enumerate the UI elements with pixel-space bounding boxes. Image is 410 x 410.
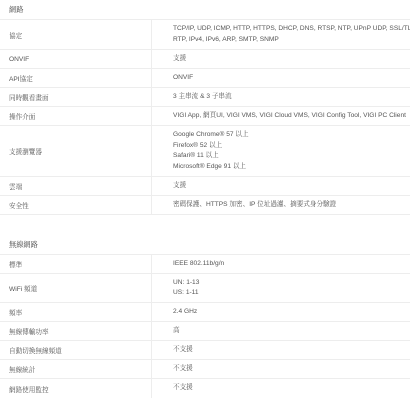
network-spec-table: 協定 TCP/IP, UDP, ICMP, HTTP, HTTPS, DHCP,… [0,20,410,215]
spec-value: IEEE 802.11b/g/n [152,255,410,273]
spec-row-protocol: 協定 TCP/IP, UDP, ICMP, HTTP, HTTPS, DHCP,… [0,20,410,50]
spec-value: 高 [152,322,410,340]
spec-key: 協定 [0,20,152,49]
spec-row-wifi-channel: WiFi 頻道 UN: 1-13 US: 1-11 [0,274,410,303]
spec-key: 無線傳輸功率 [0,322,152,340]
spec-key: 頻率 [0,303,152,321]
spec-value-line: 2.4 GHz [173,307,410,318]
spec-value-line: 支援 [173,54,410,65]
spec-key: 雲端 [0,177,152,195]
spec-value-line: 不支援 [173,383,410,394]
spec-key: 同時觀看畫面 [0,88,152,106]
spec-row-security: 安全性 密碼保護、HTTPS 加密、IP 位址過濾、摘要式身分驗證 [0,196,410,215]
spec-value-line: 支援 [173,181,410,192]
spec-value-line: ONVIF [173,73,410,84]
spec-value-line: Safari® 11 以上 [173,151,410,162]
spec-value: 不支援 [152,379,410,398]
spec-key: 無線統計 [0,360,152,378]
spec-row-network-monitoring: 網路使用監控 不支援 [0,379,410,398]
spec-value-line: RTP, IPv4, IPv6, ARP, SMTP, SNMP [173,35,410,46]
spec-value: 不支援 [152,341,410,359]
spec-row-cloud: 雲端 支援 [0,177,410,196]
spec-value-line: 不支援 [173,364,410,375]
spec-key: 標準 [0,255,152,273]
wireless-section: 無線網路 標準 IEEE 802.11b/g/n WiFi 頻道 UN: 1-1… [0,235,410,398]
spec-value: 3 主串流 & 3 子串流 [152,88,410,106]
spec-value-line: Google Chrome® 57 以上 [173,130,410,141]
spec-value: ONVIF [152,69,410,87]
spec-value-line: Firefox® 52 以上 [173,141,410,152]
spec-value-line: IEEE 802.11b/g/n [173,259,410,270]
wireless-spec-table: 標準 IEEE 802.11b/g/n WiFi 頻道 UN: 1-13 US:… [0,255,410,398]
spec-row-api-protocol: API協定 ONVIF [0,69,410,88]
section-title-wireless: 無線網路 [0,235,410,255]
spec-value: 不支援 [152,360,410,378]
spec-value: UN: 1-13 US: 1-11 [152,274,410,302]
spec-value-line: 密碼保護、HTTPS 加密、IP 位址過濾、摘要式身分驗證 [173,200,410,211]
spec-value: Google Chrome® 57 以上 Firefox® 52 以上 Safa… [152,126,410,176]
spec-row-onvif: ONVIF 支援 [0,50,410,69]
spec-key: 自動切換無線頻道 [0,341,152,359]
spec-value: 2.4 GHz [152,303,410,321]
spec-value-line: TCP/IP, UDP, ICMP, HTTP, HTTPS, DHCP, DN… [173,24,410,35]
section-gap [0,215,410,235]
spec-row-simultaneous-view: 同時觀看畫面 3 主串流 & 3 子串流 [0,88,410,107]
spec-value-line: Microsoft® Edge 91 以上 [173,162,410,173]
spec-key: 操作介面 [0,107,152,125]
spec-key: ONVIF [0,50,152,68]
spec-row-browsers: 支援瀏覽器 Google Chrome® 57 以上 Firefox® 52 以… [0,126,410,177]
section-title-network: 網路 [0,0,410,20]
spec-value: 支援 [152,177,410,195]
spec-key: 安全性 [0,196,152,214]
spec-value-line: UN: 1-13 [173,278,410,289]
spec-key: 網路使用監控 [0,379,152,398]
network-section: 網路 協定 TCP/IP, UDP, ICMP, HTTP, HTTPS, DH… [0,0,410,215]
spec-value-line: 不支援 [173,345,410,356]
spec-value: VIGI App, 網頁UI, VIGI VMS, VIGI Cloud VMS… [152,107,410,125]
spec-value: TCP/IP, UDP, ICMP, HTTP, HTTPS, DHCP, DN… [152,20,410,49]
spec-value: 密碼保護、HTTPS 加密、IP 位址過濾、摘要式身分驗證 [152,196,410,214]
spec-value-line: 高 [173,326,410,337]
spec-row-wireless-stats: 無線統計 不支援 [0,360,410,379]
spec-value-line: US: 1-11 [173,288,410,299]
spec-key: WiFi 頻道 [0,274,152,302]
spec-row-transmit-power: 無線傳輸功率 高 [0,322,410,341]
spec-value-line: VIGI App, 網頁UI, VIGI VMS, VIGI Cloud VMS… [173,111,410,122]
spec-row-standard: 標準 IEEE 802.11b/g/n [0,255,410,274]
spec-row-frequency: 頻率 2.4 GHz [0,303,410,322]
spec-value: 支援 [152,50,410,68]
spec-value-line: 3 主串流 & 3 子串流 [173,92,410,103]
spec-row-auto-channel: 自動切換無線頻道 不支援 [0,341,410,360]
spec-row-user-interface: 操作介面 VIGI App, 網頁UI, VIGI VMS, VIGI Clou… [0,107,410,126]
spec-key: 支援瀏覽器 [0,126,152,176]
spec-key: API協定 [0,69,152,87]
